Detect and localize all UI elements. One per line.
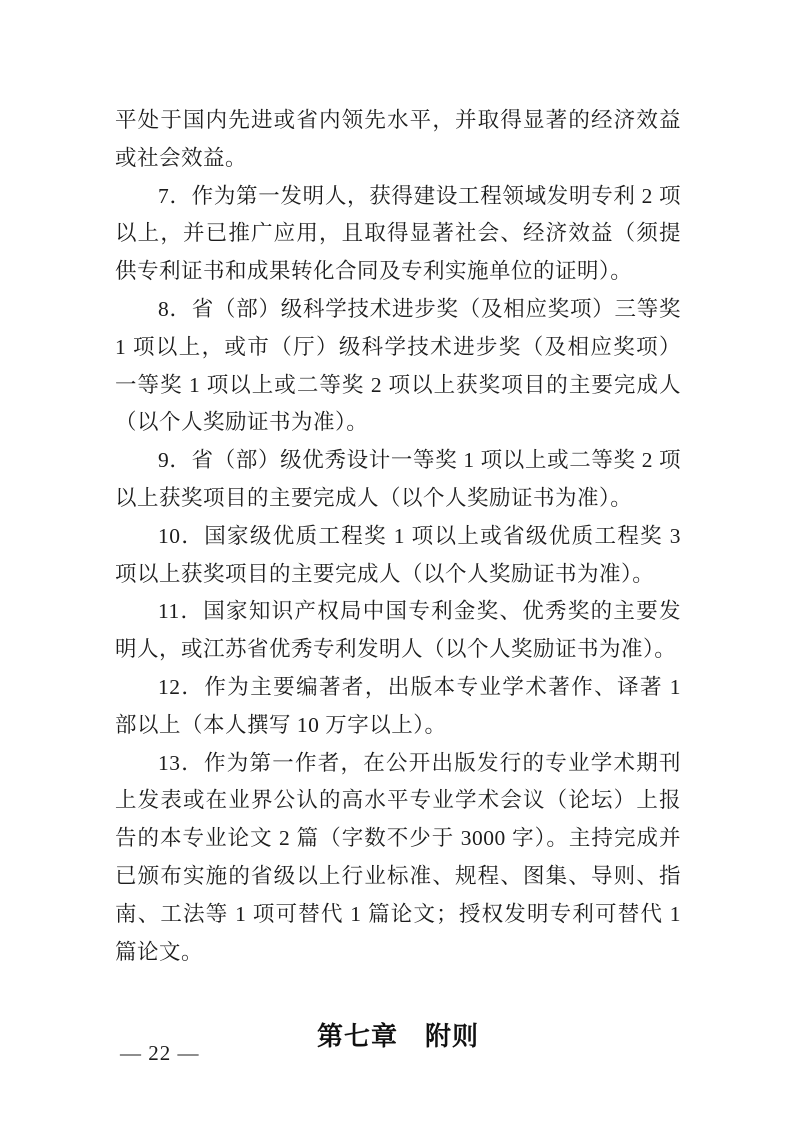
document-body: 平处于国内先进或省内领先水平，并取得显著的经济效益或社会效益。 7．作为第一发明… [115,102,681,1055]
document-page: 平处于国内先进或省内领先水平，并取得显著的经济效益或社会效益。 7．作为第一发明… [0,0,793,1122]
body-paragraph-item-9: 9．省（部）级优秀设计一等奖 1 项以上或二等奖 2 项以上获奖项目的主要完成人… [115,442,681,518]
body-paragraph-item-7: 7．作为第一发明人，获得建设工程领域发明专利 2 项以上，并已推广应用，且取得显… [115,178,681,291]
body-paragraph-item-10: 10．国家级优质工程奖 1 项以上或省级优质工程奖 3 项以上获奖项目的主要完成… [115,518,681,594]
page-number: — 22 — [120,1036,200,1070]
body-paragraph-item-12: 12．作为主要编著者，出版本专业学术著作、译著 1 部以上（本人撰写 10 万字… [115,669,681,745]
body-paragraph-continuation: 平处于国内先进或省内领先水平，并取得显著的经济效益或社会效益。 [115,102,681,178]
body-paragraph-item-13: 13．作为第一作者，在公开出版发行的专业学术期刊上发表或在业界公认的高水平专业学… [115,745,681,972]
body-paragraph-item-8: 8．省（部）级科学技术进步奖（及相应奖项）三等奖 1 项以上，或市（厅）级科学技… [115,291,681,442]
body-paragraph-item-11: 11．国家知识产权局中国专利金奖、优秀奖的主要发明人，或江苏省优秀专利发明人（以… [115,593,681,669]
